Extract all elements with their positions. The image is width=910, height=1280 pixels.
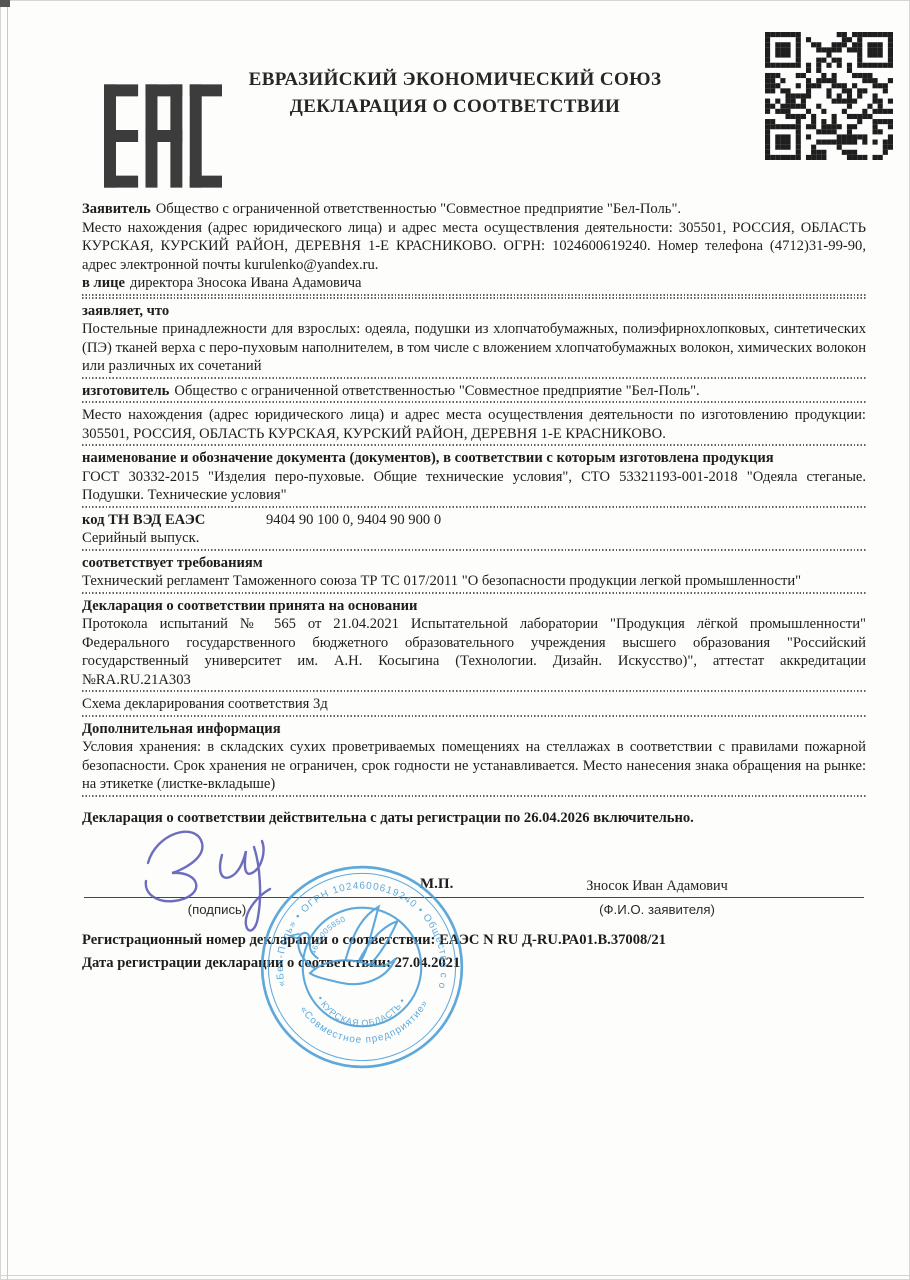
serial-line: Серийный выпуск. [82, 529, 866, 548]
product-description: Постельные принадлежности для взрослых: … [82, 320, 866, 376]
applicant-address: Место нахождения (адрес юридического лиц… [82, 219, 866, 275]
divider [82, 297, 866, 299]
stamp-region-text: • КУРСКАЯ ОБЛАСТЬ • [315, 994, 407, 1028]
manufacturer-label: изготовитель [82, 383, 169, 399]
basis-text: Протокола испытаний № 565 от 21.04.2021 … [82, 615, 866, 689]
manufacturer-address: Место нахождения (адрес юридического лиц… [82, 406, 866, 443]
manufacturer-value: Общество с ограниченной ответственностью… [174, 383, 699, 399]
conforms-heading: соответствует требованиям [82, 554, 866, 573]
declares-heading: заявляет, что [82, 302, 866, 321]
divider [82, 294, 866, 296]
applicant-line: ЗаявительОбщество с ограниченной ответст… [82, 200, 866, 219]
handwritten-signature [110, 785, 340, 945]
scan-edge-bottom [0, 1275, 910, 1276]
divider [82, 592, 866, 594]
divider [82, 401, 866, 403]
divider [82, 506, 866, 508]
docs-text: ГОСТ 30332-2015 "Изделия перо-пуховые. О… [82, 468, 866, 505]
name-caption: (Ф.И.О. заявителя) [512, 901, 802, 920]
applicant-value: Общество с ограниченной ответственностью… [156, 201, 681, 217]
signature-block: «Бел-Поль» • ОГРН 1024600619240 • Общест… [82, 841, 866, 921]
tnved-label: код ТН ВЭД ЕАЭС [82, 511, 266, 530]
declaration-document: ЕВРАЗИЙСКИЙ ЭКОНОМИЧЕСКИЙ СОЮЗ ДЕКЛАРАЦИ… [0, 0, 910, 1280]
manufacturer-line: изготовительОбщество с ограниченной отве… [82, 382, 866, 401]
in-person-value: директора Зносока Ивана Адамовича [130, 275, 362, 291]
applicant-label: Заявитель [82, 201, 151, 217]
in-person-line: в лицедиректора Зносока Ивана Адамовича [82, 274, 866, 293]
tnved-code-row: код ТН ВЭД ЕАЭС 9404 90 100 0, 9404 90 9… [82, 511, 866, 530]
document-header: ЕВРАЗИЙСКИЙ ЭКОНОМИЧЕСКИЙ СОЮЗ ДЕКЛАРАЦИ… [0, 0, 910, 200]
divider [82, 377, 866, 379]
divider [82, 715, 866, 717]
in-person-label: в лице [82, 275, 125, 291]
tnved-value: 9404 90 100 0, 9404 90 900 0 [266, 511, 866, 530]
tnved-value-wrap: 9404 90 100 0, 9404 90 900 0 [266, 511, 866, 530]
document-body: ЗаявительОбщество с ограниченной ответст… [82, 200, 866, 976]
basis-heading: Декларация о соответствии принята на осн… [82, 597, 866, 616]
qr-code [765, 32, 893, 160]
divider [82, 549, 866, 551]
applicant-name: Зносок Иван Адамович [512, 877, 802, 896]
conforms-text: Технический регламент Таможенного союза … [82, 572, 866, 591]
reg-number-value: ЕАЭС N RU Д-RU.РА01.В.37008/21 [439, 932, 666, 948]
svg-text:• КУРСКАЯ ОБЛАСТЬ •: • КУРСКАЯ ОБЛАСТЬ • [315, 994, 407, 1028]
divider [82, 690, 866, 692]
scheme-line: Схема декларирования соответствия 3д [82, 695, 866, 714]
docs-heading: наименование и обозначение документа (до… [82, 449, 866, 468]
divider [82, 444, 866, 446]
document-title: ЕВРАЗИЙСКИЙ ЭКОНОМИЧЕСКИЙ СОЮЗ ДЕКЛАРАЦИ… [185, 66, 725, 120]
additional-heading: Дополнительная информация [82, 720, 866, 739]
title-union: ЕВРАЗИЙСКИЙ ЭКОНОМИЧЕСКИЙ СОЮЗ [185, 66, 725, 93]
title-declaration: ДЕКЛАРАЦИЯ О СООТВЕТСТВИИ [185, 93, 725, 120]
reg-date-line: Дата регистрации декларации о соответств… [82, 954, 866, 973]
